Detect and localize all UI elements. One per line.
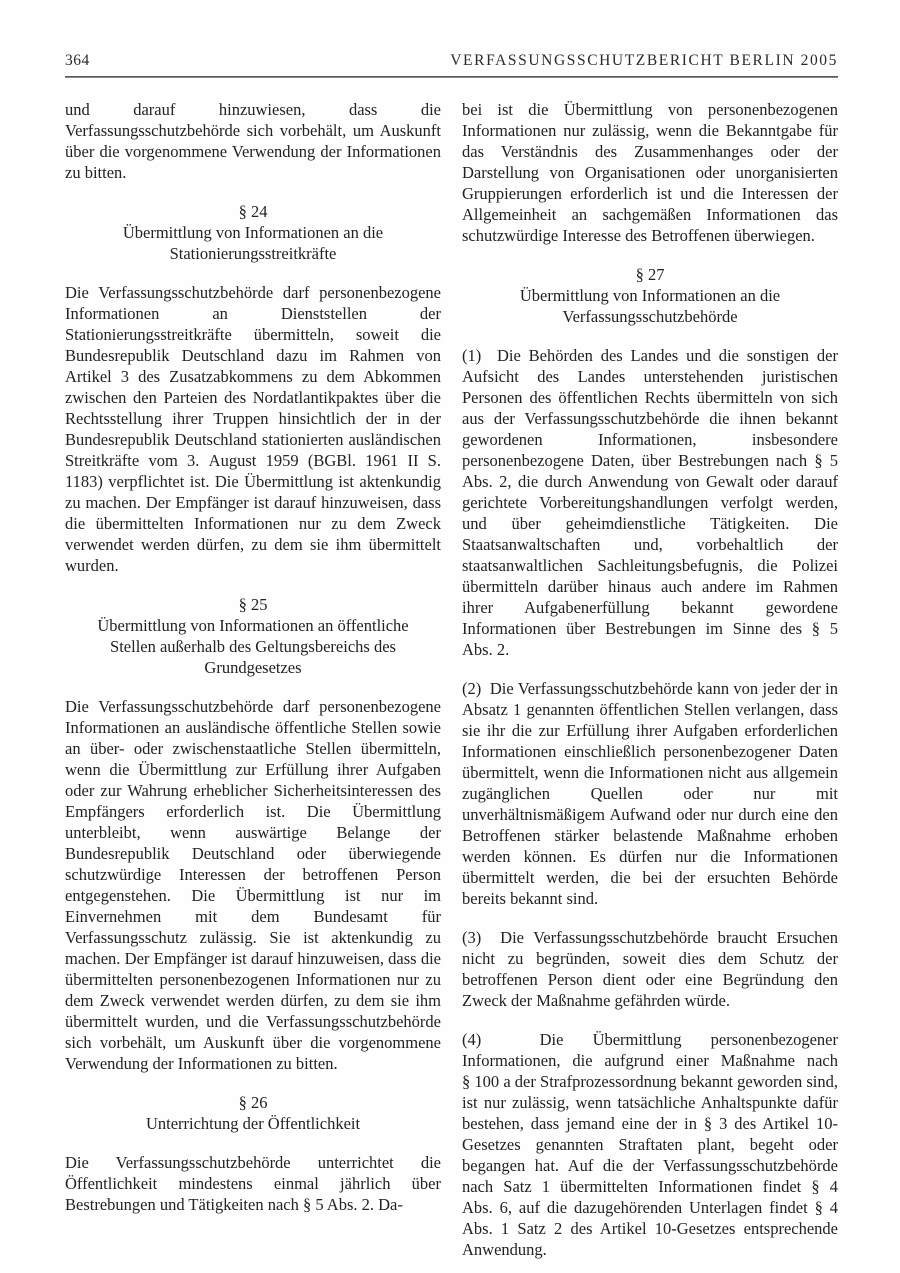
body-paragraph: Die Verfassungsschutzbehörde darf person… [65, 696, 441, 1074]
section-title: Übermittlung von Informationen an die Ve… [462, 285, 838, 327]
page-number: 364 [65, 52, 90, 70]
section-heading: § 24Übermittlung von Informationen an di… [65, 201, 441, 264]
section-title: Übermittlung von Informationen an die St… [65, 222, 441, 264]
text-columns: und darauf hinzuwiesen, dass die Verfass… [65, 99, 838, 1260]
running-title: VERFASSUNGSSCHUTZBERICHT BERLIN 2005 [450, 52, 838, 70]
section-number: § 27 [462, 264, 838, 285]
section-number: § 24 [65, 201, 441, 222]
page-header: 364 VERFASSUNGSSCHUTZBERICHT BERLIN 2005 [65, 52, 838, 70]
document-page: 364 VERFASSUNGSSCHUTZBERICHT BERLIN 2005… [0, 0, 900, 1273]
left-column: und darauf hinzuwiesen, dass die Verfass… [65, 99, 441, 1260]
section-heading: § 27Übermittlung von Informationen an di… [462, 264, 838, 327]
body-paragraph: Die Verfassungsschutzbehörde unterrichte… [65, 1152, 441, 1215]
header-rule [65, 76, 838, 78]
section-number: § 26 [65, 1092, 441, 1113]
section-title: Übermittlung von Informationen an öffent… [65, 615, 441, 678]
section-number: § 25 [65, 594, 441, 615]
body-paragraph: bei ist die Übermittlung von personenbez… [462, 99, 838, 246]
section-heading: § 26Unterrichtung der Öffentlichkeit [65, 1092, 441, 1134]
body-paragraph: und darauf hinzuwiesen, dass die Verfass… [65, 99, 441, 183]
section-title: Unterrichtung der Öffentlichkeit [65, 1113, 441, 1134]
section-heading: § 25Übermittlung von Informationen an öf… [65, 594, 441, 678]
body-paragraph: (3) Die Verfassungsschutzbehörde braucht… [462, 927, 838, 1011]
body-paragraph: Die Verfassungsschutzbehörde darf person… [65, 282, 441, 576]
body-paragraph: (1) Die Behörden des Landes und die sons… [462, 345, 838, 660]
body-paragraph: (4) Die Übermittlung personenbezogener I… [462, 1029, 838, 1260]
body-paragraph: (2) Die Verfassungsschutzbehörde kann vo… [462, 678, 838, 909]
right-column: bei ist die Übermittlung von personenbez… [462, 99, 838, 1260]
